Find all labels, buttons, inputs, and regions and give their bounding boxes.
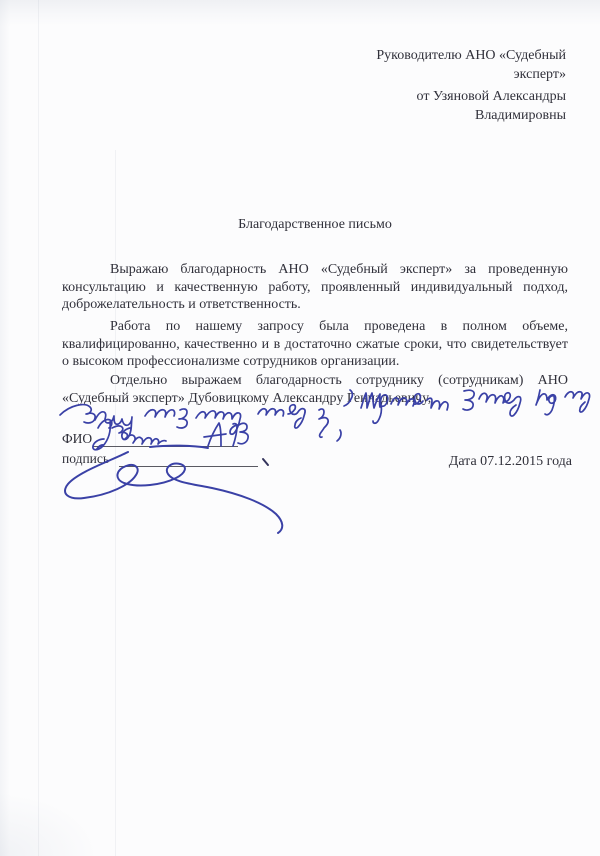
paragraph-special-thanks: Отдельно выражаем благодарность сотрудни…: [62, 372, 568, 407]
addressee-block: Руководителю АНО «Судебный эксперт» от У…: [376, 46, 566, 125]
signature-line: подпись: [62, 451, 258, 467]
fio-label: ФИО: [62, 431, 92, 447]
sender-line: от Узяновой Александры: [376, 87, 566, 106]
scanned-letter-page: Руководителю АНО «Судебный эксперт» от У…: [0, 0, 600, 856]
handwriting-overlay: [0, 0, 600, 856]
sender-line: Владимировны: [376, 106, 566, 125]
letter-title: Благодарственное письмо: [62, 217, 568, 233]
scan-fold-line: [38, 0, 39, 856]
addressee-line: Руководителю АНО «Судебный: [376, 46, 566, 65]
date-line: Дата 07.12.2015 года: [449, 454, 572, 470]
scan-fold-line: [115, 150, 116, 856]
fio-underline: [93, 433, 238, 447]
signature-underline: [119, 453, 258, 467]
addressee-line: эксперт»: [376, 65, 566, 84]
paragraph-gratitude: Выражаю благодарность АНО «Судебный эксп…: [62, 261, 568, 314]
fio-line: ФИО: [62, 431, 238, 447]
signature-label: подпись: [62, 451, 109, 467]
paragraph-work-quality: Работа по нашему запросу была проведена …: [62, 318, 568, 371]
